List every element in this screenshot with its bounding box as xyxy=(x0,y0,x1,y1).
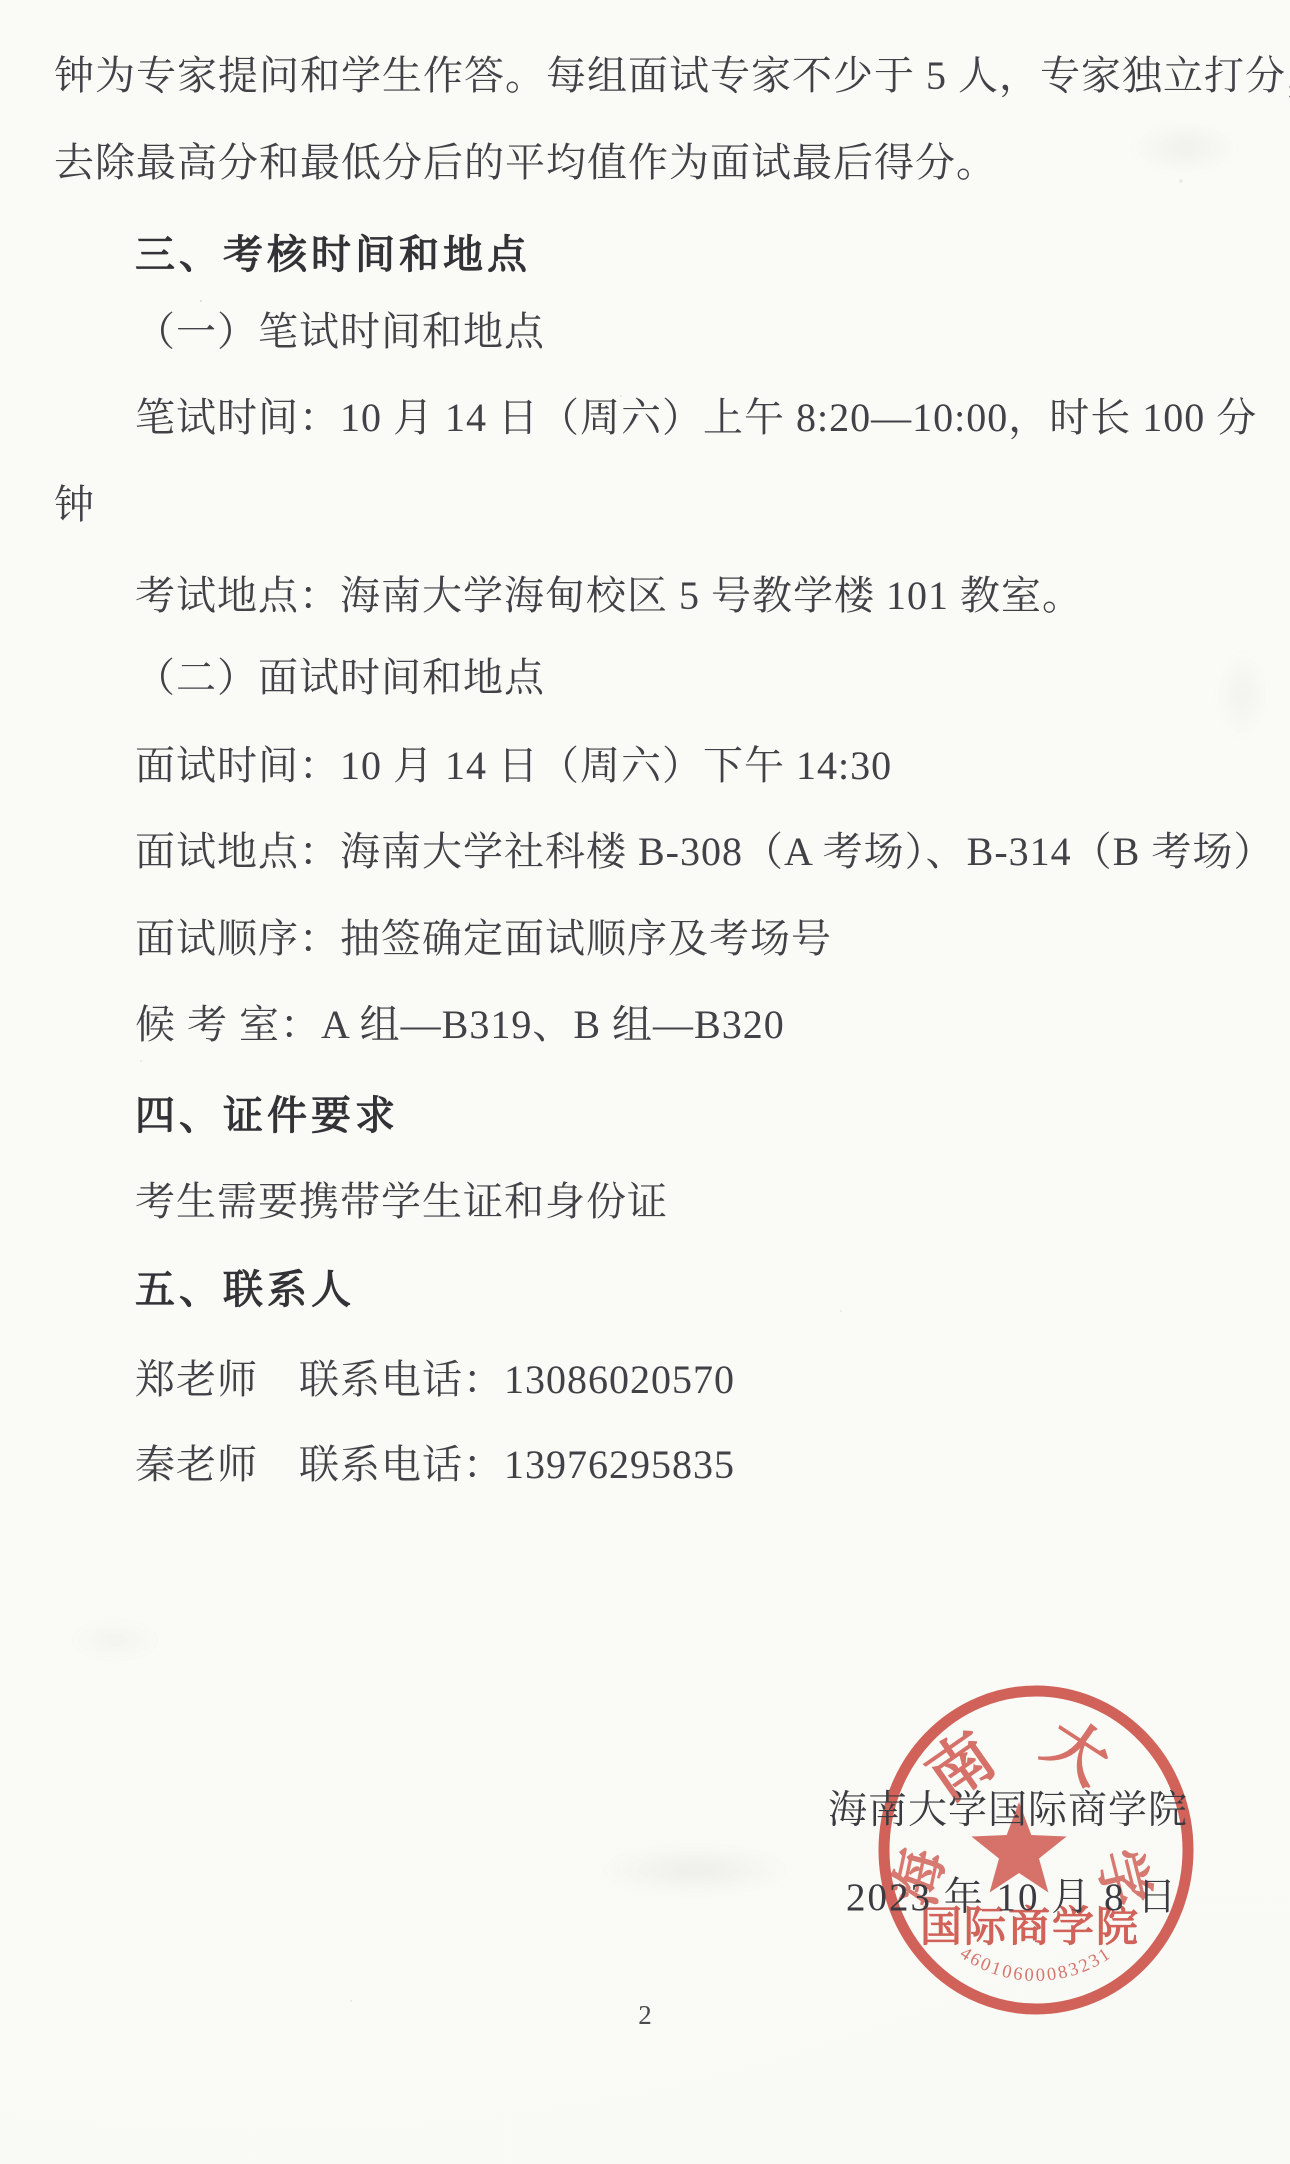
scanned-page: 钟为专家提问和学生作答。每组面试专家不少于 5 人，专家独立打分， 去除最高分和… xyxy=(0,0,1290,2164)
subsection-heading-written-test: （一）笔试时间和地点 xyxy=(135,304,545,360)
doc-line-continuation: 钟为专家提问和学生作答。每组面试专家不少于 5 人，专家独立打分， xyxy=(54,48,1290,104)
section-heading-4: 四、证件要求 xyxy=(135,1088,399,1144)
doc-line-interview-location: 面试地点：海南大学社科楼 B-308（A 考场）、B-314（B 考场） xyxy=(135,824,1274,880)
scan-smudge xyxy=(1130,120,1240,175)
doc-line-interview-score-rule: 去除最高分和最低分后的平均值作为面试最后得分。 xyxy=(54,135,997,191)
section-heading-3: 三、考核时间和地点 xyxy=(135,227,531,283)
page-number: 2 xyxy=(0,2000,1290,2031)
doc-line-waiting-room: 候 考 室：A 组—B319、B 组—B320 xyxy=(135,997,785,1053)
doc-line-interview-time: 面试时间：10 月 14 日（周六）下午 14:30 xyxy=(135,738,892,794)
doc-line-contact-zheng: 郑老师 联系电话：13086020570 xyxy=(135,1352,735,1408)
doc-line-interview-order: 面试顺序：抽签确定面试顺序及考场号 xyxy=(135,911,832,967)
signature-organization: 海南大学国际商学院 xyxy=(828,1779,1188,1835)
doc-line-written-test-time: 笔试时间：10 月 14 日（周六）上午 8:20—10:00，时长 100 分 xyxy=(135,390,1257,446)
scan-smudge xyxy=(600,1845,790,1895)
scan-smudge xyxy=(1215,650,1270,740)
subsection-heading-interview: （二）面试时间和地点 xyxy=(135,650,545,706)
doc-line-continuation: 钟 xyxy=(54,477,95,533)
doc-line-contact-qin: 秦老师 联系电话：13976295835 xyxy=(135,1437,735,1493)
scan-smudge xyxy=(70,1620,160,1660)
doc-line-exam-location: 考试地点：海南大学海甸校区 5 号教学楼 101 教室。 xyxy=(135,568,1083,624)
signature-date: 2023 年 10 月 8 日 xyxy=(846,1866,1178,1922)
scan-specks xyxy=(200,300,202,302)
section-heading-5: 五、联系人 xyxy=(135,1262,355,1318)
doc-line-id-requirement: 考生需要携带学生证和身份证 xyxy=(135,1174,668,1230)
